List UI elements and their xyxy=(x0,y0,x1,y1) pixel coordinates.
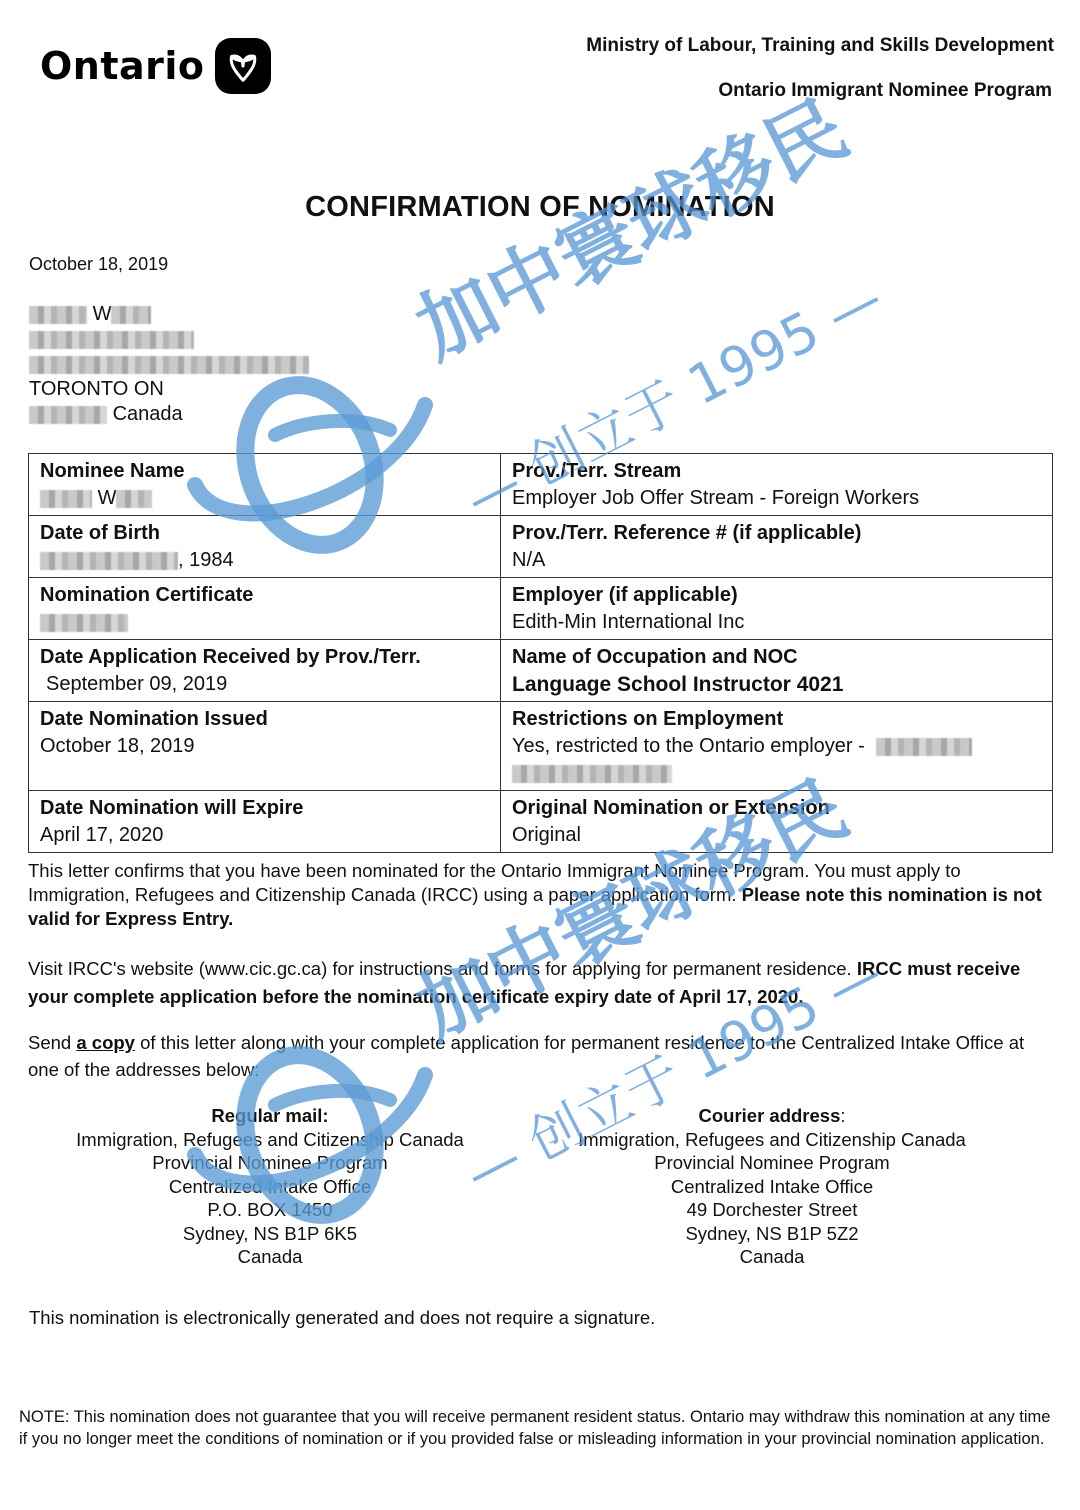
electronic-signature-note: This nomination is electronically genera… xyxy=(29,1307,655,1329)
original-or-extension-cell: Original Nomination or Extension Origina… xyxy=(501,791,1053,853)
recipient-unit xyxy=(29,352,309,377)
document-title: CONFIRMATION OF NOMINATION xyxy=(0,191,1080,224)
stream-cell: Prov./Terr. Stream Employer Job Offer St… xyxy=(501,454,1053,516)
program-name: Ontario Immigrant Nominee Program xyxy=(718,80,1052,102)
redacted-text xyxy=(116,490,152,508)
date-nomination-issued-cell: Date Nomination Issued October 18, 2019 xyxy=(29,702,501,791)
logo-wordmark: Ontario xyxy=(40,44,205,88)
table-row: Nominee Name W Prov./Terr. Stream Employ… xyxy=(29,454,1053,516)
table-row: Date Nomination Issued October 18, 2019 … xyxy=(29,702,1053,791)
letter-date: October 18, 2019 xyxy=(29,254,168,275)
redacted-text xyxy=(512,765,672,783)
date-of-birth-cell: Date of Birth , 1984 xyxy=(29,516,501,578)
redacted-text xyxy=(40,490,92,508)
trillium-icon xyxy=(215,38,271,94)
recipient-country: Canada xyxy=(29,402,183,427)
redacted-text xyxy=(876,738,972,756)
recipient-name: W xyxy=(29,302,151,327)
table-row: Date of Birth , 1984 Prov./Terr. Referen… xyxy=(29,516,1053,578)
recipient-city: TORONTO ON xyxy=(29,377,164,402)
paragraph-ircc-website: Visit IRCC's website (www.cic.gc.ca) for… xyxy=(28,955,1048,1011)
nominee-name-cell: Nominee Name W xyxy=(29,454,501,516)
regular-mail-address: Regular mail: Immigration, Refugees and … xyxy=(30,1104,510,1269)
date-nomination-expire-cell: Date Nomination will Expire April 17, 20… xyxy=(29,791,501,853)
redacted-text xyxy=(40,614,128,632)
redacted-text xyxy=(29,331,194,349)
footer-note: NOTE: This nomination does not guarantee… xyxy=(19,1407,1059,1450)
employer-cell: Employer (if applicable) Edith-Min Inter… xyxy=(501,578,1053,640)
table-row: Date Application Received by Prov./Terr.… xyxy=(29,640,1053,702)
redacted-text xyxy=(29,306,87,324)
table-row: Date Nomination will Expire April 17, 20… xyxy=(29,791,1053,853)
paragraph-confirmation: This letter confirms that you have been … xyxy=(28,859,1048,931)
paragraph-send-copy: Send a copy of this letter along with yo… xyxy=(28,1029,1048,1083)
courier-address: Courier address: Immigration, Refugees a… xyxy=(532,1104,1012,1269)
redacted-text xyxy=(40,552,178,570)
a-copy-emphasis: a copy xyxy=(76,1032,135,1053)
restrictions-cell: Restrictions on Employment Yes, restrict… xyxy=(501,702,1053,791)
recipient-street xyxy=(29,327,194,352)
reference-number-cell: Prov./Terr. Reference # (if applicable) … xyxy=(501,516,1053,578)
date-application-received-cell: Date Application Received by Prov./Terr.… xyxy=(29,640,501,702)
nomination-certificate-cell: Nomination Certificate xyxy=(29,578,501,640)
redacted-text xyxy=(29,356,309,374)
redacted-text xyxy=(111,306,151,324)
ontario-logo: Ontario xyxy=(40,38,271,94)
ministry-name: Ministry of Labour, Training and Skills … xyxy=(586,35,1054,57)
occupation-noc-cell: Name of Occupation and NOC Language Scho… xyxy=(501,640,1053,702)
redacted-text xyxy=(29,406,107,424)
table-row: Nomination Certificate Employer (if appl… xyxy=(29,578,1053,640)
nomination-details-table: Nominee Name W Prov./Terr. Stream Employ… xyxy=(28,453,1053,853)
